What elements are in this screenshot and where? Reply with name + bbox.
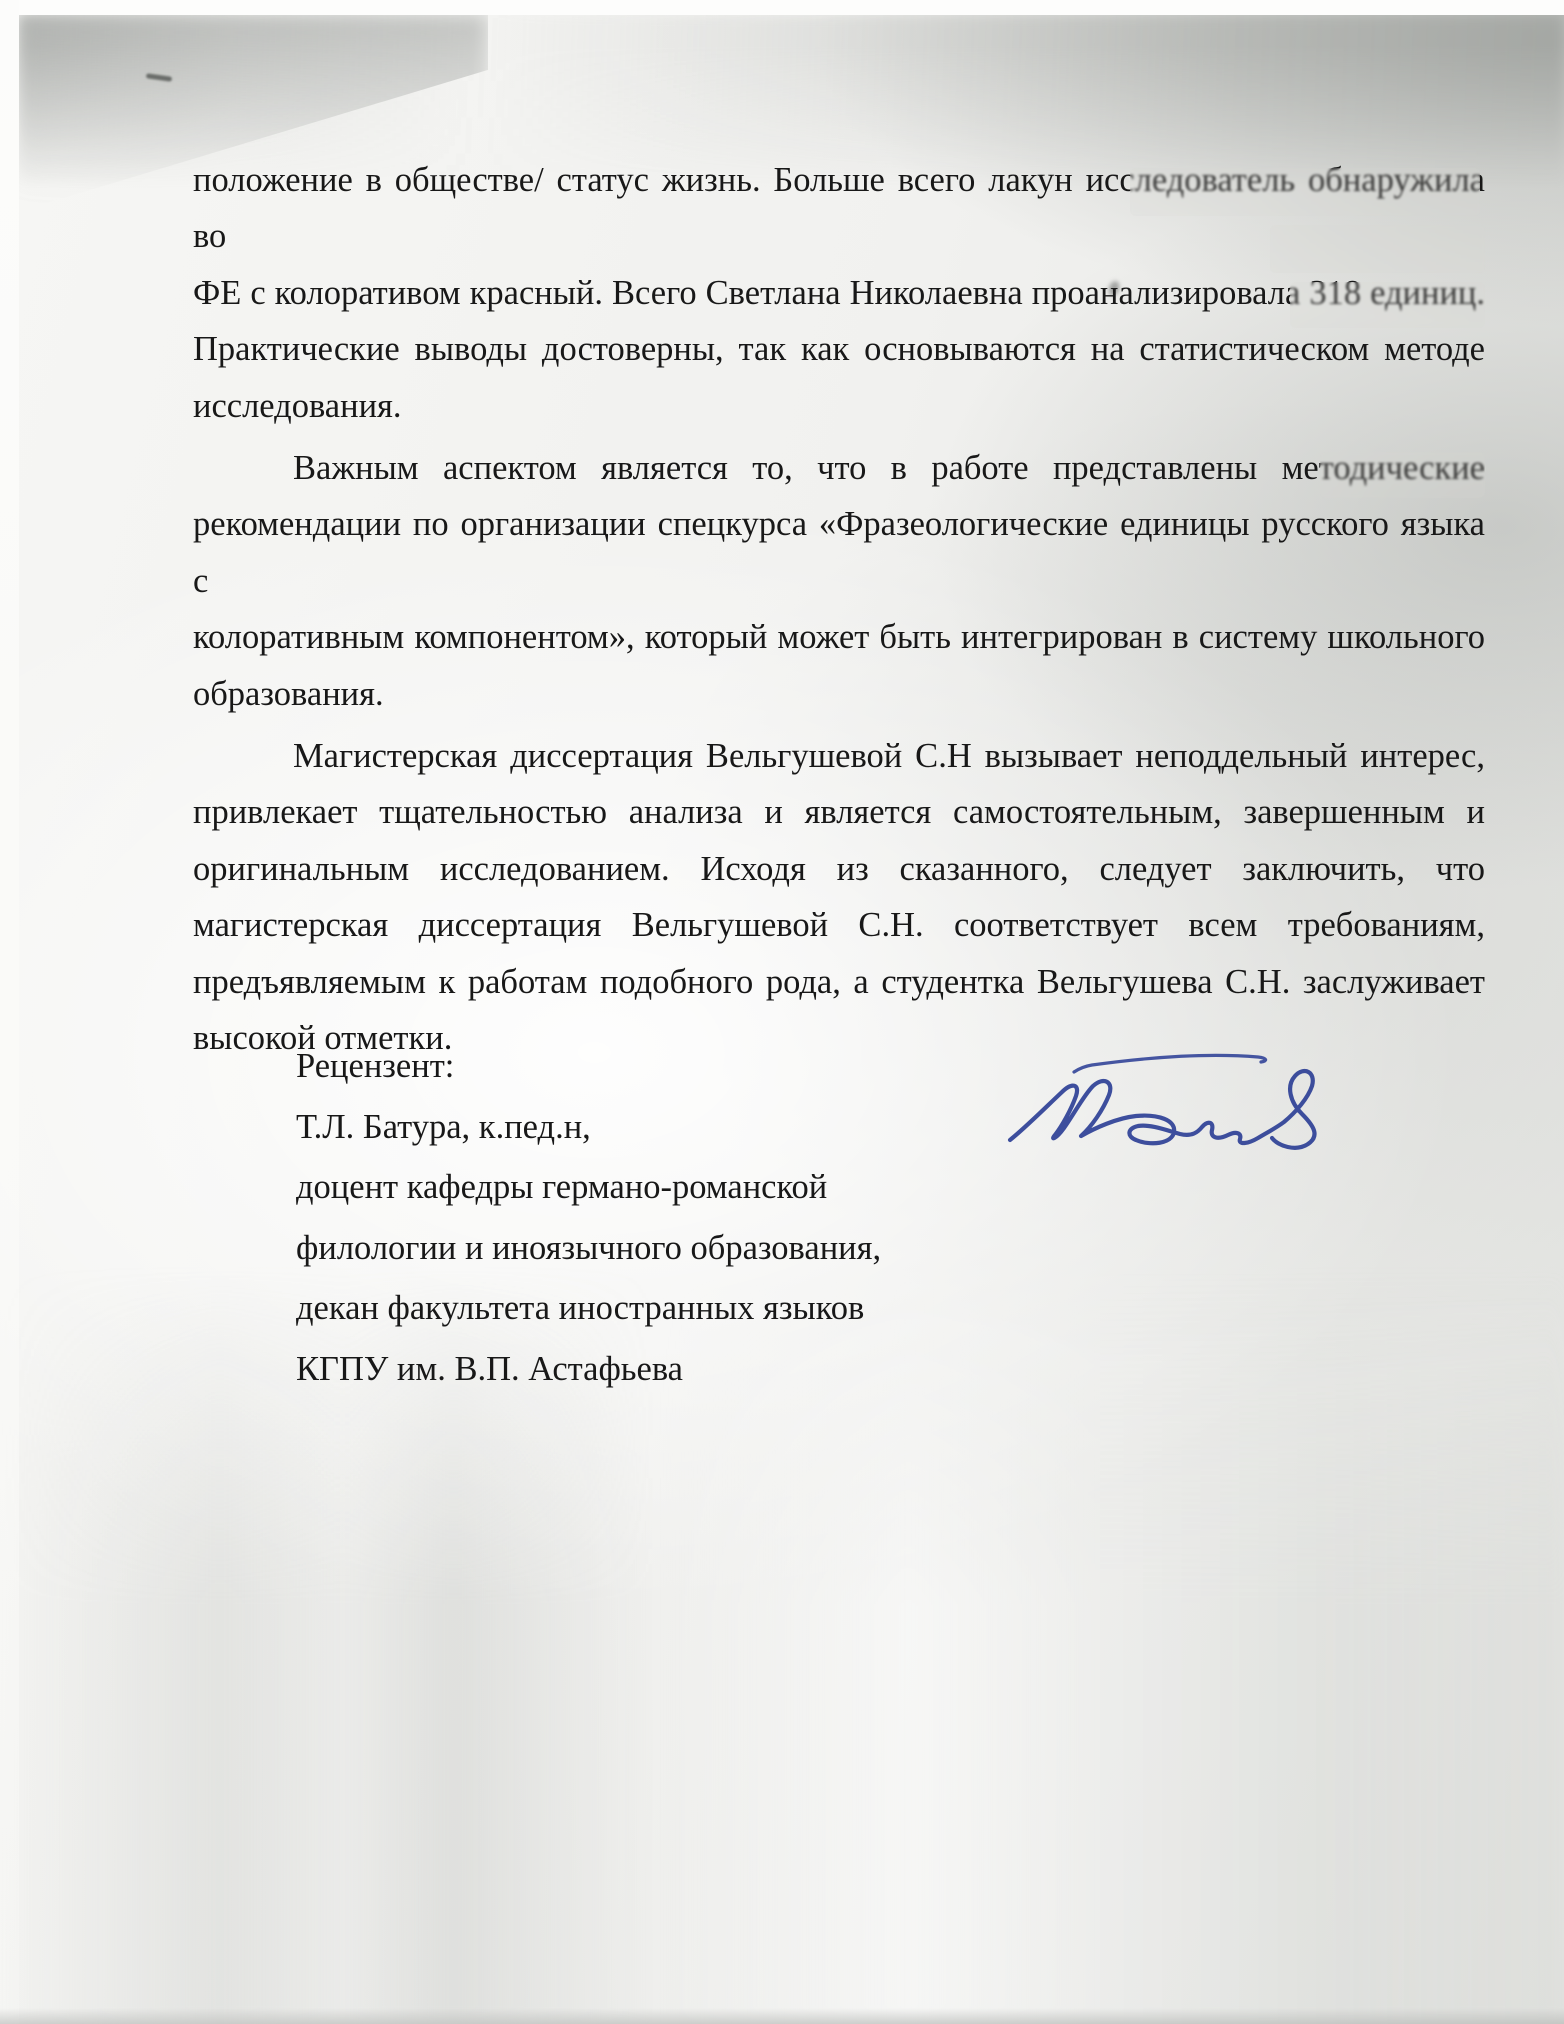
scan-edge-bottom	[0, 2008, 1564, 2024]
scan-edge-top	[0, 0, 1564, 15]
scan-blur-artifact	[1270, 225, 1485, 273]
text-line: магистерская диссертация Вельгушевой С.Н…	[193, 897, 1485, 953]
scan-edge-left	[0, 0, 19, 2024]
text-line: исследования.	[193, 378, 1485, 434]
text-line: оригинальным исследованием. Исходя из ск…	[193, 841, 1485, 897]
paragraph-2: Важным аспектом является то, что в работ…	[193, 440, 1485, 722]
scan-blur-artifact	[1130, 168, 1480, 216]
reviewer-title: Рецензент:	[296, 1036, 881, 1097]
text-line: Важным аспектом является то, что в работ…	[193, 440, 1485, 496]
signature-scribble	[1010, 1071, 1315, 1148]
text-line: рекомендации по организации спецкурса «Ф…	[193, 496, 1485, 609]
reviewer-faculty: декан факультета иностранных языков	[296, 1278, 881, 1339]
scan-blur-artifact	[1290, 282, 1485, 328]
reviewer-department: филологии и иноязычного образования,	[296, 1218, 881, 1279]
text-line: Практические выводы достоверны, так как …	[193, 321, 1485, 377]
handwritten-signature	[940, 1000, 1370, 1170]
scan-blur-artifact	[1320, 452, 1485, 498]
reviewer-university: КГПУ им. В.П. Астафьева	[296, 1339, 881, 1400]
text-line: колоративным компонентом», который может…	[193, 609, 1485, 665]
text-line: Магистерская диссертация Вельгушевой С.Н…	[193, 728, 1485, 784]
reviewer-name-degree: Т.Л. Батура, к.пед.н,	[296, 1097, 881, 1158]
reviewer-block: Рецензент: Т.Л. Батура, к.пед.н, доцент …	[296, 1036, 881, 1399]
text-line: привлекает тщательностью анализа и являе…	[193, 784, 1485, 840]
text-line: образования.	[193, 666, 1485, 722]
signature-overline	[1074, 1055, 1266, 1072]
reviewer-position: доцент кафедры германо-романской	[296, 1157, 881, 1218]
scanned-document-page: положение в обществе/ статус жизнь. Боль…	[0, 0, 1564, 2024]
